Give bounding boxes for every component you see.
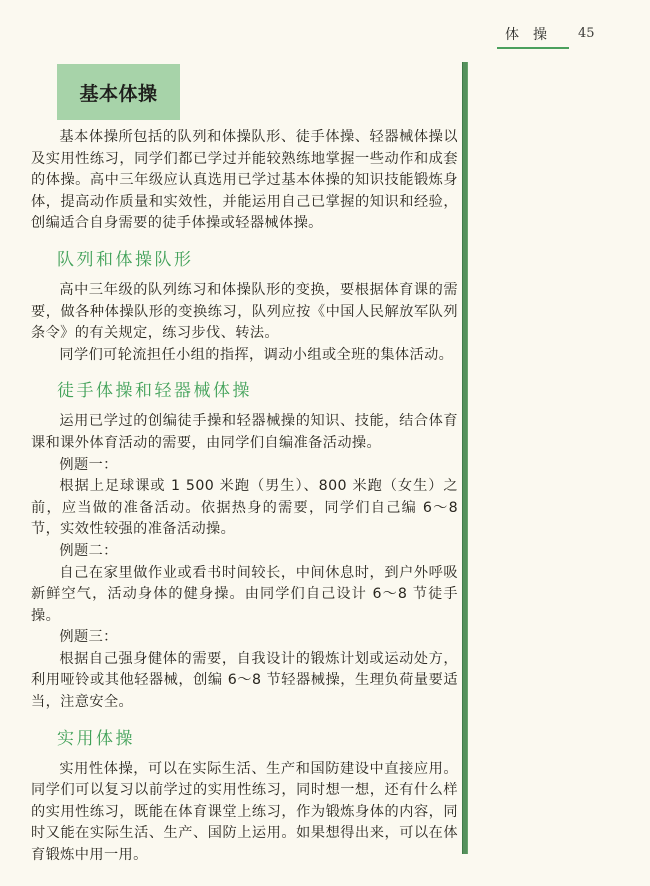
paragraph: 根据自己强身健体的需要，自我设计的锻炼计划或运动处方，利用哑铃或其他轻器械，创编… xyxy=(31,649,458,714)
paragraph: 实用性体操，可以在实际生活、生产和国防建设中直接应用。同学们可以复习以前学过的实… xyxy=(31,759,458,867)
example-label-2: 例题二： xyxy=(31,541,458,563)
chapter-title-box-label: 基本体操 xyxy=(79,79,157,106)
section-heading-formations: 队列和体操队形 xyxy=(57,247,458,273)
paragraph: 高中三年级的队列练习和体操队形的变换，要根据体育课的需要，做各种体操队形的变换练… xyxy=(31,280,458,345)
section-heading-practical: 实用体操 xyxy=(57,726,458,752)
paragraph: 自己在家里做作业或看书时间较长，中间休息时，到户外呼吸新鲜空气，活动身体的健身操… xyxy=(31,563,458,628)
example-label-1: 例题一： xyxy=(31,455,458,477)
intro-paragraph: 基本体操所包括的队列和体操队形、徒手体操、轻器械体操以及实用性练习，同学们都已学… xyxy=(31,127,458,235)
header-underline-rule xyxy=(497,47,569,49)
margin-rule-bar xyxy=(462,62,468,854)
textbook-page: 体 操 45 基本体操 基本体操所包括的队列和体操队形、徒手体操、轻器械体操以及… xyxy=(0,0,650,886)
chapter-title: 体 操 xyxy=(497,24,569,44)
chapter-title-box: 基本体操 xyxy=(57,64,180,120)
page-number: 45 xyxy=(578,26,595,41)
paragraph: 同学们可轮流担任小组的指挥，调动小组或全班的集体活动。 xyxy=(31,345,458,367)
page-header: 体 操 xyxy=(497,24,569,49)
page-content: 基本体操 基本体操所包括的队列和体操队形、徒手体操、轻器械体操以及实用性练习，同… xyxy=(31,64,458,867)
paragraph: 运用已学过的创编徒手操和轻器械操的知识、技能，结合体育课和课外体育活动的需要，由… xyxy=(31,411,458,454)
section-heading-freehand-apparatus: 徒手体操和轻器械体操 xyxy=(57,378,458,404)
paragraph: 根据上足球课或 1 500 米跑（男生）、800 米跑（女生）之前，应当做的准备… xyxy=(31,476,458,541)
example-label-3: 例题三： xyxy=(31,627,458,649)
